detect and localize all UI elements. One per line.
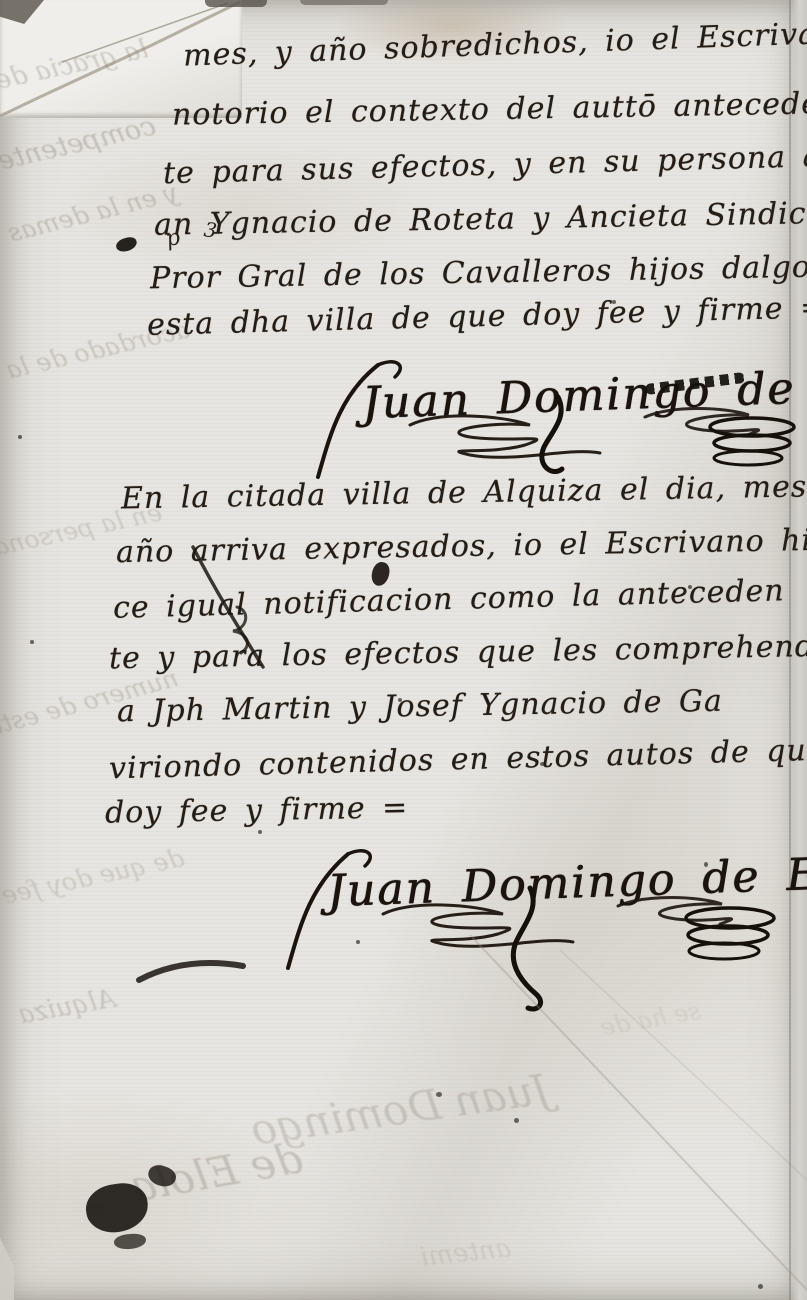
crease-line <box>0 0 807 1300</box>
manuscript-page: la gracia de competente y en la demas ac… <box>0 0 807 1300</box>
manuscript-scan: la gracia de competente y en la demas ac… <box>0 0 807 1300</box>
